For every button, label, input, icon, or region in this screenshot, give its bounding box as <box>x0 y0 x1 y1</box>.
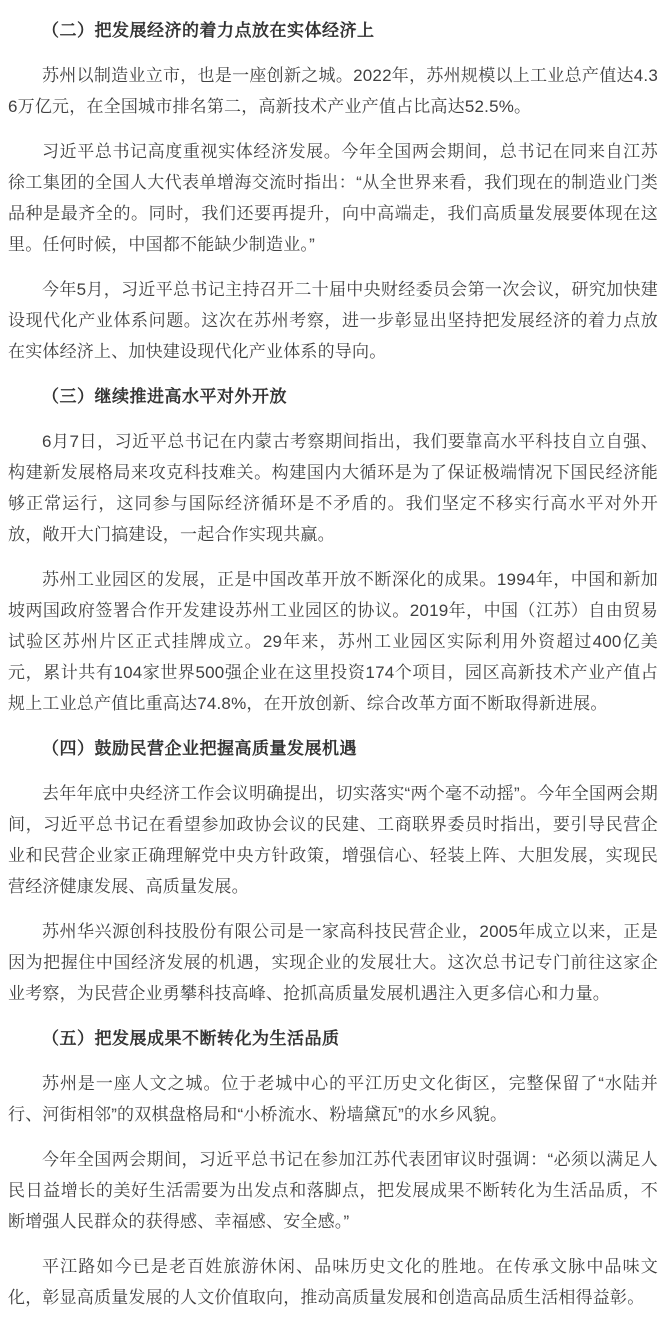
paragraph: 苏州工业园区的发展，正是中国改革开放不断深化的成果。1994年，中国和新加坡两国… <box>8 564 658 719</box>
article-body: （二）把发展经济的着力点放在实体经济上 苏州以制造业立市，也是一座创新之城。20… <box>0 0 666 1339</box>
paragraph: 苏州以制造业立市，也是一座创新之城。2022年，苏州规模以上工业总产值达4.36… <box>8 60 658 122</box>
paragraph: 平江路如今已是老百姓旅游休闲、品味历史文化的胜地。在传承文脉中品味文化，彰显高质… <box>8 1251 658 1313</box>
paragraph: 苏州华兴源创科技股份有限公司是一家高科技民营企业，2005年成立以来，正是因为把… <box>8 916 658 1009</box>
paragraph: 6月7日，习近平总书记在内蒙古考察期间指出，我们要靠高水平科技自立自强、构建新发… <box>8 426 658 550</box>
section-heading-2: （二）把发展经济的着力点放在实体经济上 <box>8 15 658 46</box>
section-heading-5: （五）把发展成果不断转化为生活品质 <box>8 1023 658 1054</box>
paragraph: 去年年底中央经济工作会议明确提出，切实落实“两个毫不动摇”。今年全国两会期间，习… <box>8 778 658 902</box>
paragraph: 今年5月，习近平总书记主持召开二十届中央财经委员会第一次会议，研究加快建设现代化… <box>8 274 658 367</box>
paragraph: 苏州是一座人文之城。位于老城中心的平江历史文化街区，完整保留了“水陆并行、河街相… <box>8 1068 658 1130</box>
section-heading-3: （三）继续推进高水平对外开放 <box>8 381 658 412</box>
paragraph: 习近平总书记高度重视实体经济发展。今年全国两会期间，总书记在同来自江苏徐工集团的… <box>8 136 658 260</box>
paragraph: 今年全国两会期间，习近平总书记在参加江苏代表团审议时强调：“必须以满足人民日益增… <box>8 1144 658 1237</box>
section-heading-4: （四）鼓励民营企业把握高质量发展机遇 <box>8 733 658 764</box>
